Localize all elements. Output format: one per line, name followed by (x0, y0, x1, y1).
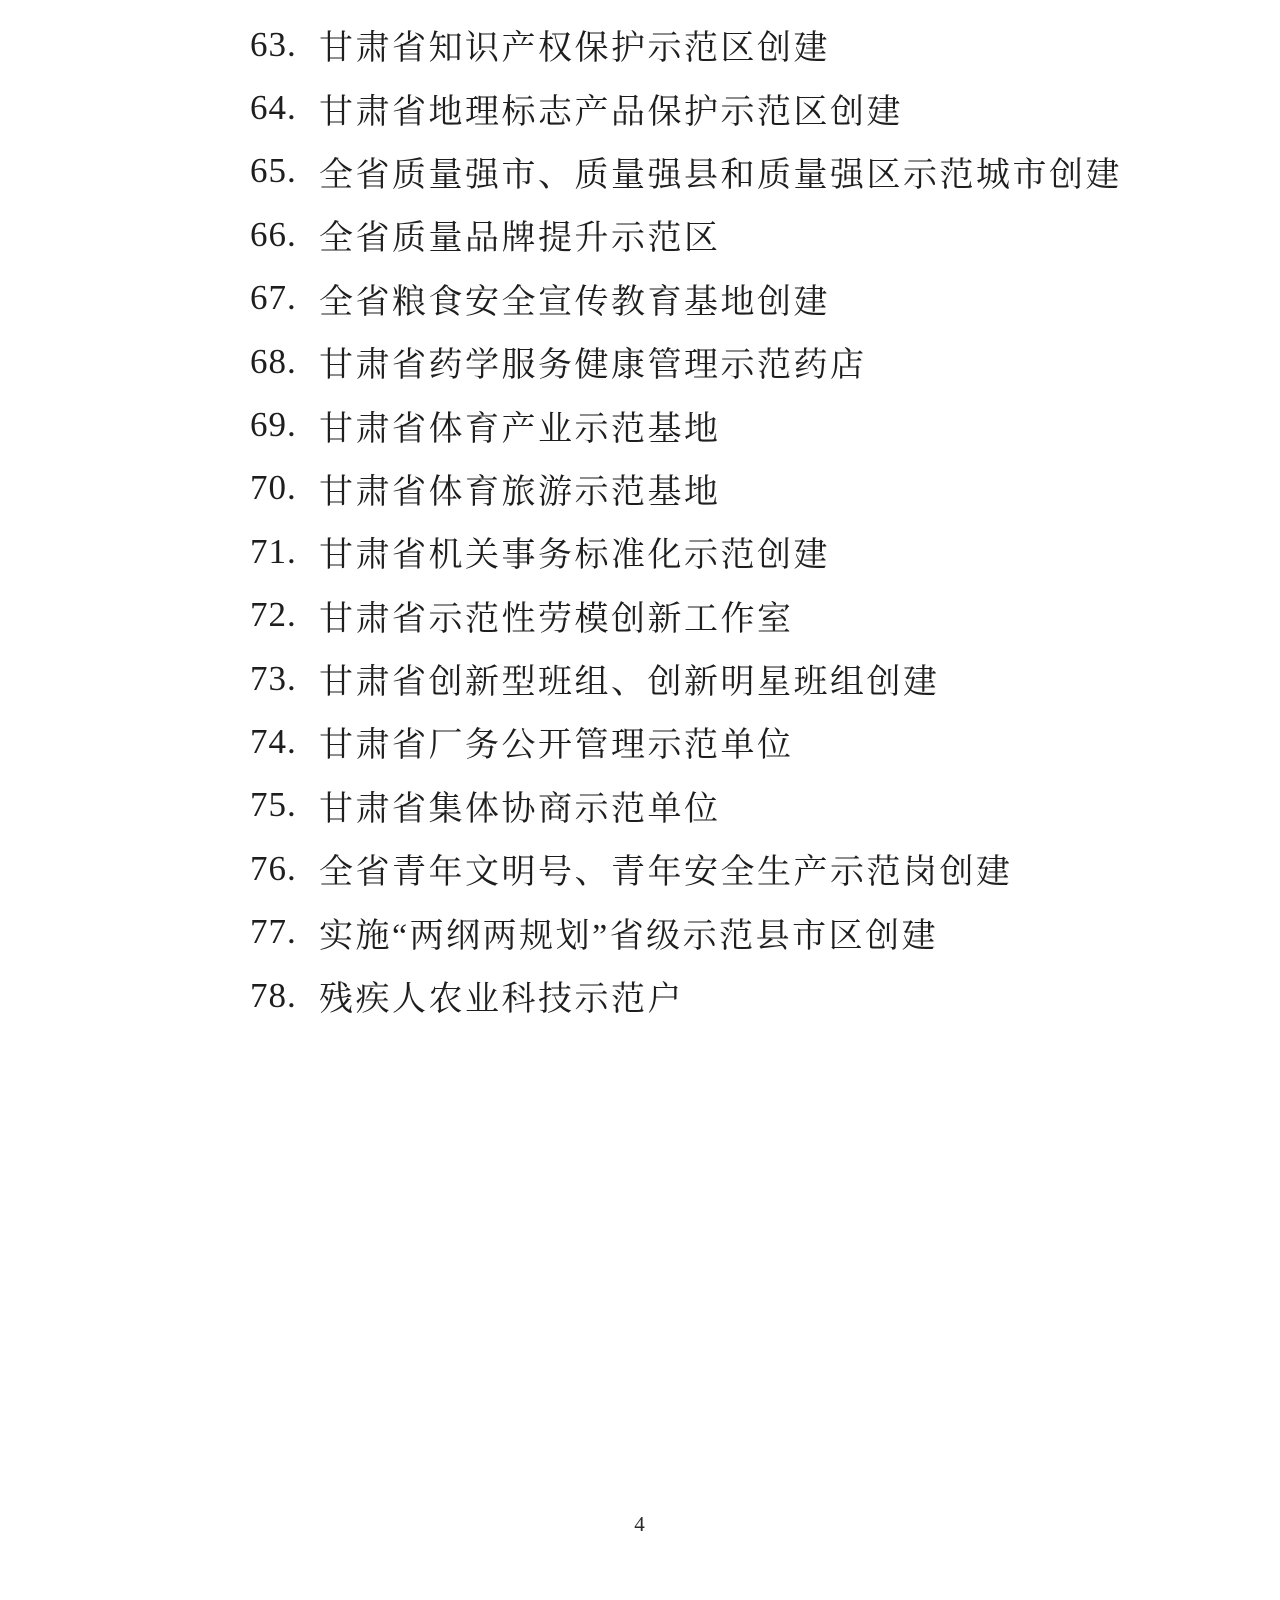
list-item: 77. 实施“两纲两规划”省级示范县市区创建 (250, 900, 1220, 963)
item-text: 甘肃省创新型班组、创新明星班组创建 (319, 654, 940, 703)
item-number: 74. (250, 722, 319, 762)
item-number: 73. (250, 659, 319, 699)
list-item: 71. 甘肃省机关事务标准化示范创建 (250, 520, 1220, 583)
item-text: 全省质量品牌提升示范区 (319, 210, 721, 259)
list-item: 69. 甘肃省体育产业示范基地 (250, 393, 1220, 456)
page-number: 4 (0, 1512, 1280, 1537)
document-page: 63. 甘肃省知识产权保护示范区创建 64. 甘肃省地理标志产品保护示范区创建 … (0, 0, 1280, 1600)
item-number: 65. (250, 151, 319, 191)
item-number: 76. (250, 849, 319, 889)
item-text: 全省质量强市、质量强县和质量强区示范城市创建 (319, 147, 1122, 196)
item-text: 甘肃省知识产权保护示范区创建 (319, 20, 830, 69)
list-item: 74. 甘肃省厂务公开管理示范单位 (250, 710, 1220, 773)
list-item: 66. 全省质量品牌提升示范区 (250, 203, 1220, 266)
list-item: 73. 甘肃省创新型班组、创新明星班组创建 (250, 647, 1220, 710)
item-text: 甘肃省机关事务标准化示范创建 (319, 527, 830, 576)
item-number: 70. (250, 468, 319, 508)
item-number: 72. (250, 595, 319, 635)
item-text: 甘肃省体育旅游示范基地 (319, 464, 721, 513)
list-item: 70. 甘肃省体育旅游示范基地 (250, 457, 1220, 520)
item-text: 全省粮食安全宣传教育基地创建 (319, 274, 830, 323)
item-number: 68. (250, 342, 319, 382)
item-number: 63. (250, 25, 319, 65)
item-text: 甘肃省体育产业示范基地 (319, 401, 721, 450)
list-item: 72. 甘肃省示范性劳模创新工作室 (250, 584, 1220, 647)
item-text: 甘肃省药学服务健康管理示范药店 (319, 337, 867, 386)
item-number: 64. (250, 88, 319, 128)
item-number: 75. (250, 785, 319, 825)
list-item: 68. 甘肃省药学服务健康管理示范药店 (250, 330, 1220, 393)
item-number: 69. (250, 405, 319, 445)
item-text: 残疾人农业科技示范户 (319, 971, 684, 1020)
item-text: 甘肃省集体协商示范单位 (319, 781, 721, 830)
item-number: 67. (250, 278, 319, 318)
item-text: 实施“两纲两规划”省级示范县市区创建 (319, 908, 938, 957)
item-text: 甘肃省示范性劳模创新工作室 (319, 591, 794, 640)
item-number: 71. (250, 532, 319, 572)
list-item: 67. 全省粮食安全宣传教育基地创建 (250, 267, 1220, 330)
list-item: 76. 全省青年文明号、青年安全生产示范岗创建 (250, 837, 1220, 900)
list-item: 63. 甘肃省知识产权保护示范区创建 (250, 13, 1220, 76)
list-item: 78. 残疾人农业科技示范户 (250, 964, 1220, 1027)
item-number: 77. (250, 912, 319, 952)
list-item: 65. 全省质量强市、质量强县和质量强区示范城市创建 (250, 140, 1220, 203)
list-item: 75. 甘肃省集体协商示范单位 (250, 774, 1220, 837)
list-item: 64. 甘肃省地理标志产品保护示范区创建 (250, 76, 1220, 139)
item-number: 66. (250, 215, 319, 255)
numbered-list: 63. 甘肃省知识产权保护示范区创建 64. 甘肃省地理标志产品保护示范区创建 … (250, 13, 1220, 1027)
item-number: 78. (250, 976, 319, 1016)
item-text: 全省青年文明号、青年安全生产示范岗创建 (319, 844, 1013, 893)
item-text: 甘肃省地理标志产品保护示范区创建 (319, 84, 903, 133)
item-text: 甘肃省厂务公开管理示范单位 (319, 717, 794, 766)
